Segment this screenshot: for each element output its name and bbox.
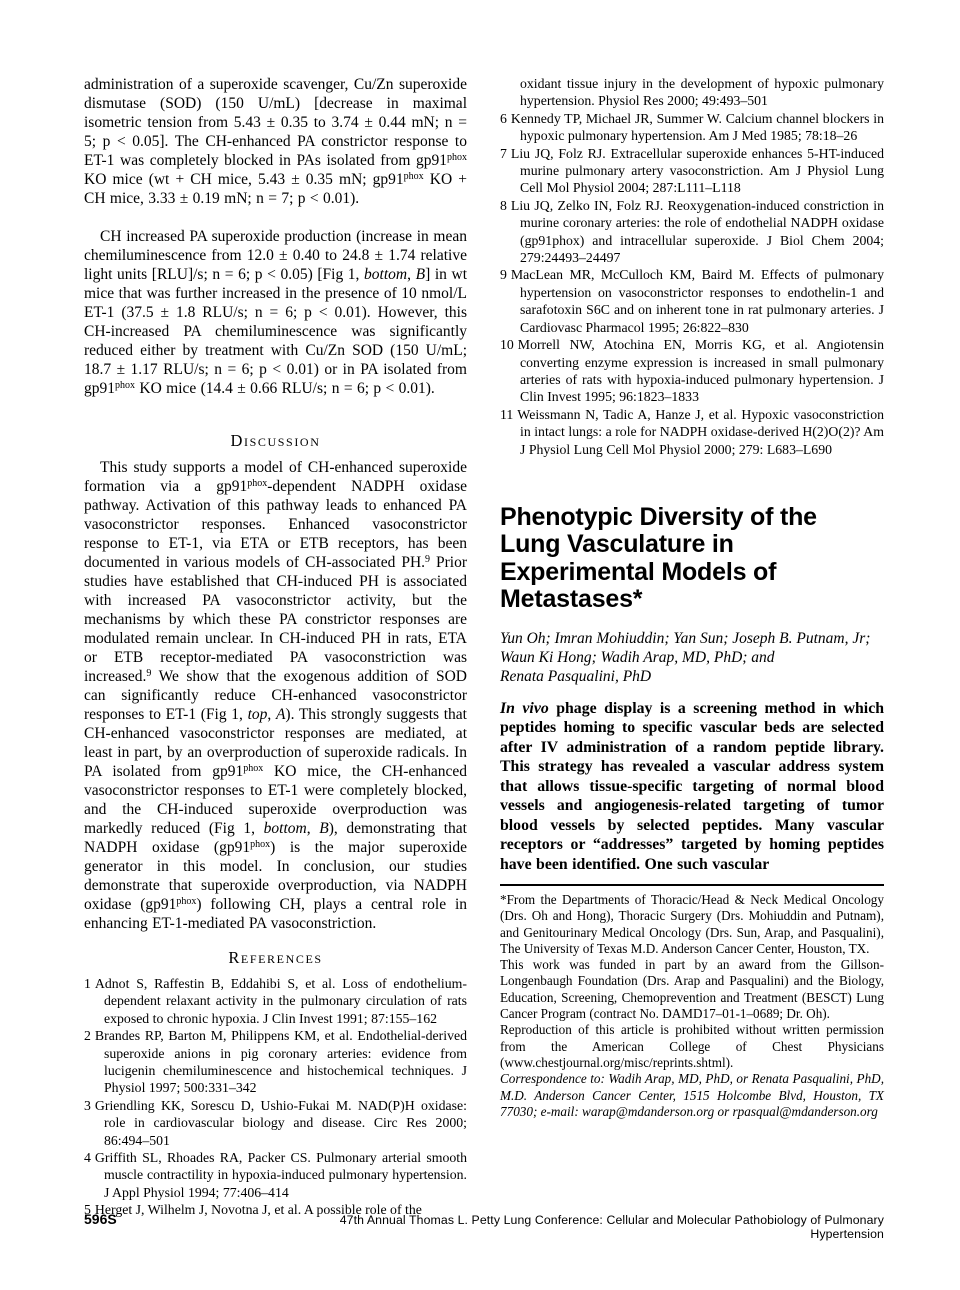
- reference-number: 7: [500, 146, 511, 161]
- reference-number: 2: [84, 1028, 95, 1043]
- next-article: Phenotypic Diversity of theLung Vasculat…: [500, 504, 884, 1120]
- reference-number: 1: [84, 976, 95, 991]
- footnote-paragraph: Reproduction of this article is prohibit…: [500, 1022, 884, 1071]
- references-list-right: oxidant tissue injury in the development…: [500, 75, 884, 458]
- right-column: oxidant tissue injury in the development…: [500, 75, 884, 1120]
- journal-page: administration of a superoxide scavenger…: [0, 0, 960, 1290]
- footnote-paragraph: This work was funded in part by an award…: [500, 957, 884, 1022]
- reference-item: 2Brandes RP, Barton M, Philippens KM, et…: [84, 1027, 467, 1097]
- reference-item: 3Griendling KK, Sorescu D, Ushio-Fukai M…: [84, 1097, 467, 1149]
- reference-continuation: oxidant tissue injury in the development…: [500, 75, 884, 110]
- left-column: administration of a superoxide scavenger…: [84, 75, 467, 1219]
- running-footer-conference-title: 47th Annual Thomas L. Petty Lung Confere…: [290, 1213, 884, 1241]
- reference-number: 3: [84, 1098, 95, 1113]
- body-paragraph-continued: administration of a superoxide scavenger…: [84, 75, 467, 227]
- reference-number: 4: [84, 1150, 95, 1165]
- body-paragraph-results: CH increased PA superoxide production (i…: [84, 227, 467, 417]
- reference-item: 6Kennedy TP, Michael JR, Summer W. Calci…: [500, 110, 884, 145]
- footnote-paragraph: *From the Departments of Thoracic/Head &…: [500, 892, 884, 957]
- discussion-heading: Discussion: [84, 431, 467, 450]
- reference-number: 11: [500, 407, 517, 422]
- reference-number: 8: [500, 198, 511, 213]
- reference-item: 4Griffith SL, Rhoades RA, Packer CS. Pul…: [84, 1149, 467, 1201]
- reference-number: 9: [500, 267, 511, 282]
- page-number: 596S: [84, 1211, 117, 1227]
- article-authors: Yun Oh; Imran Mohiuddin; Yan Sun; Joseph…: [500, 629, 884, 686]
- reference-number: 10: [500, 337, 518, 352]
- article-title: Phenotypic Diversity of theLung Vasculat…: [500, 504, 884, 614]
- article-abstract: In vivo phage display is a screening met…: [500, 699, 884, 875]
- references-heading: References: [84, 948, 467, 967]
- reference-number: 6: [500, 111, 511, 126]
- reference-item: 10Morrell NW, Atochina EN, Morris KG, et…: [500, 336, 884, 406]
- reference-item: 8Liu JQ, Zelko IN, Folz RJ. Reoxygenatio…: [500, 197, 884, 267]
- discussion-paragraph: This study supports a model of CH-enhanc…: [84, 458, 467, 933]
- references-list-left: 1Adnot S, Raffestin B, Eddahibi S, et al…: [84, 975, 467, 1219]
- article-footnotes: *From the Departments of Thoracic/Head &…: [500, 884, 884, 1120]
- reference-item: 7Liu JQ, Folz RJ. Extracellular superoxi…: [500, 145, 884, 197]
- reference-item: 1Adnot S, Raffestin B, Eddahibi S, et al…: [84, 975, 467, 1027]
- reference-item: 9MacLean MR, McCulloch KM, Baird M. Effe…: [500, 266, 884, 336]
- reference-item: 11Weissmann N, Tadic A, Hanze J, et al. …: [500, 406, 884, 458]
- references-items-right: 6Kennedy TP, Michael JR, Summer W. Calci…: [500, 110, 884, 458]
- footnote-paragraph: Correspondence to: Wadih Arap, MD, PhD, …: [500, 1071, 884, 1120]
